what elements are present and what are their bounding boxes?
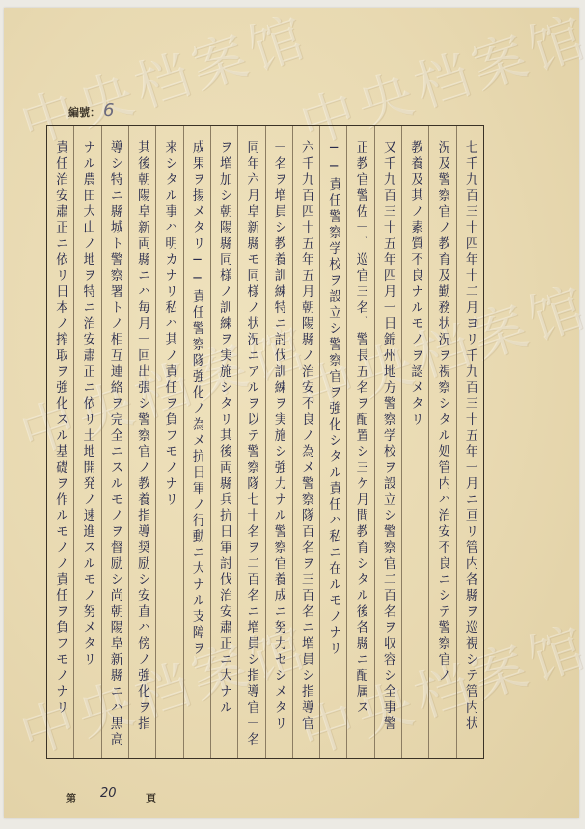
- manuscript-grid: 七千九百三十四年十二月ヨリ千九百三十五年一月ニ亘リ管内各縣ヲ巡視シテ管内状況及警…: [46, 125, 484, 759]
- serial-number-label: 編號：6: [68, 100, 114, 121]
- serial-label-text: 編號：: [68, 106, 101, 119]
- manuscript-column: 七千九百三十四年十二月ヨリ千九百三十五年一月ニ亘リ管内各縣ヲ巡視シテ管内状: [456, 126, 483, 758]
- handwritten-line: 教養及其ノ素質不良ナルモノヲ認メタリ: [408, 140, 422, 752]
- handwritten-line: 況及警察官ノ教育及勤務状況ヲ視察シタル処管内ハ治安不良ニシテ警察官ノ: [436, 140, 450, 752]
- handwritten-line: 正教官警佐一、巡官三名、警長五名ヲ配置シ三ケ月間教育シタル後各縣ニ配属ス: [354, 140, 368, 752]
- handwritten-line: 同年六月阜新縣モ同様ノ状況ニアルヲ以テ警察隊七十名ヲ二百名ニ増員シ指導官一名: [245, 140, 259, 752]
- manuscript-column: 又千九百三十五年四月一日錦州地方警察学校ヲ設立シ警察官二百名ヲ収容シ全事警: [374, 126, 401, 758]
- handwritten-line: 導シ特ニ縣城ト警察署トノ相互連絡ヲ完全ニスルモノヲ督励シ尚朝陽阜新縣ニハ黒高: [108, 140, 122, 752]
- page-number: 20: [100, 786, 117, 801]
- manuscript-column: 同年六月阜新縣モ同様ノ状況ニアルヲ以テ警察隊七十名ヲ二百名ニ増員シ指導官一名: [237, 126, 264, 758]
- handwritten-line: 又千九百三十五年四月一日錦州地方警察学校ヲ設立シ警察官二百名ヲ収容シ全事警: [381, 140, 395, 752]
- manuscript-column: 六千九百四十五年五月朝陽縣ノ治安不良ノ為メ警察隊百名ヲ三百名ニ増員シ指導官: [292, 126, 319, 758]
- page-suffix: 頁: [146, 790, 156, 805]
- handwritten-line: 一名ヲ増員シ教養訓練特ニ討伐訓練ヲ実施シ強力ナル警察官養成ニ努力セシメタリ: [272, 140, 286, 752]
- manuscript-column: ──責任警察学校ヲ設立シ警察官ヲ強化シタル責任ハ私ニ在ルモノナリ: [319, 126, 346, 758]
- manuscript-column: ヲ増加シ朝陽縣同様ノ訓練ヲ実施シタリ其後両縣兵抗日軍討伐治安肅正ニ大ナル: [210, 126, 237, 758]
- manuscript-column: 其後朝陽阜新両縣ニハ毎月一回出張シ警察官ノ教養指導奨励シ安直ハ傍ノ強化ヲ指: [128, 126, 155, 758]
- manuscript-column: 況及警察官ノ教育及勤務状況ヲ視察シタル処管内ハ治安不良ニシテ警察官ノ: [428, 126, 455, 758]
- serial-number-value: 6: [103, 100, 114, 121]
- manuscript-column: ナル農田大山ノ地ヲ特ニ治安肅正ニ依リ土地開発ノ速進スルモノ努メタリ: [73, 126, 100, 758]
- manuscript-column: 来シタル事ハ明カナリ私ハ其ノ責任ヲ負フモノナリ: [155, 126, 182, 758]
- manuscript-column: 導シ特ニ縣城ト警察署トノ相互連絡ヲ完全ニスルモノヲ督励シ尚朝陽阜新縣ニハ黒高: [101, 126, 128, 758]
- manuscript-column: 正教官警佐一、巡官三名、警長五名ヲ配置シ三ケ月間教育シタル後各縣ニ配属ス: [346, 126, 373, 758]
- handwritten-line: 七千九百三十四年十二月ヨリ千九百三十五年一月ニ亘リ管内各縣ヲ巡視シテ管内状: [463, 140, 477, 752]
- handwritten-line: 六千九百四十五年五月朝陽縣ノ治安不良ノ為メ警察隊百名ヲ三百名ニ増員シ指導官: [299, 140, 313, 752]
- manuscript-column: 一名ヲ増員シ教養訓練特ニ討伐訓練ヲ実施シ強力ナル警察官養成ニ努力セシメタリ: [265, 126, 292, 758]
- handwritten-line: ──責任警察学校ヲ設立シ警察官ヲ強化シタル責任ハ私ニ在ルモノナリ: [327, 140, 341, 752]
- handwritten-line: 成果ヲ揚メタリ──責任警察隊強化ノ為メ抗日軍ノ行動ニ大ナル支障ヲ: [190, 140, 204, 752]
- handwritten-line: 来シタル事ハ明カナリ私ハ其ノ責任ヲ負フモノナリ: [163, 140, 177, 752]
- manuscript-column: 成果ヲ揚メタリ──責任警察隊強化ノ為メ抗日軍ノ行動ニ大ナル支障ヲ: [183, 126, 210, 758]
- manuscript-column: 責任治安肅正ニ依リ日本ノ搾取ヲ強化スル基礎ヲ作ルモノノ責任ヲ負フモノナリ: [47, 126, 73, 758]
- handwritten-line: ナル農田大山ノ地ヲ特ニ治安肅正ニ依リ土地開発ノ速進スルモノ努メタリ: [81, 140, 95, 752]
- page-prefix: 第: [66, 790, 76, 805]
- handwritten-line: 其後朝陽阜新両縣ニハ毎月一回出張シ警察官ノ教養指導奨励シ安直ハ傍ノ強化ヲ指: [135, 140, 149, 752]
- handwritten-line: 責任治安肅正ニ依リ日本ノ搾取ヲ強化スル基礎ヲ作ルモノノ責任ヲ負フモノナリ: [53, 140, 67, 752]
- manuscript-column: 教養及其ノ素質不良ナルモノヲ認メタリ: [401, 126, 428, 758]
- handwritten-line: ヲ増加シ朝陽縣同様ノ訓練ヲ実施シタリ其後両縣兵抗日軍討伐治安肅正ニ大ナル: [217, 140, 231, 752]
